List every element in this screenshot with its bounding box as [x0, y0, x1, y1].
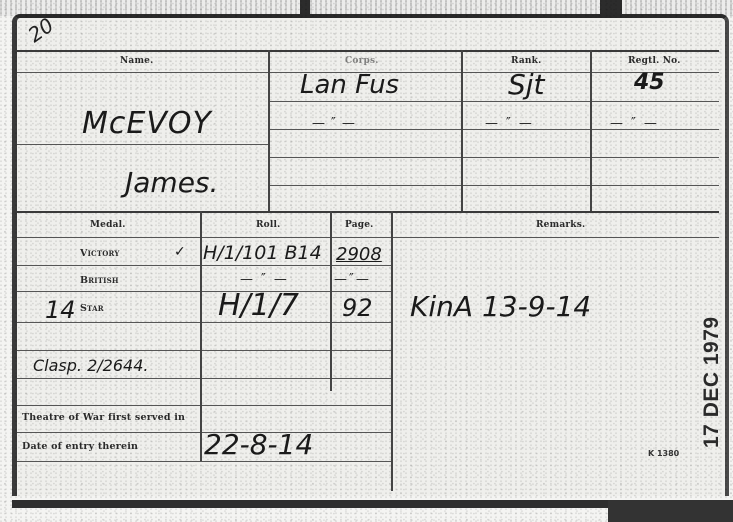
- col-divider: [461, 50, 463, 211]
- roll-british-ditto: —″—: [240, 272, 295, 287]
- corps-label: Corps.: [345, 56, 379, 66]
- regt-ditto: —″—: [610, 116, 665, 131]
- page-label: Page.: [345, 220, 374, 230]
- col-divider: [200, 405, 202, 461]
- row-rule: [17, 461, 392, 462]
- medal-name-victory: Victory: [80, 248, 120, 259]
- row-rule: [17, 350, 392, 351]
- col-divider: [391, 211, 393, 491]
- row-rule: [17, 378, 392, 379]
- row-rule: [17, 405, 392, 406]
- col-divider: [200, 211, 202, 405]
- check-mark-icon: ✓: [174, 244, 186, 260]
- row-rule: [270, 185, 719, 186]
- medal-label: Medal.: [90, 220, 126, 230]
- medal-name-british: British: [80, 275, 119, 286]
- theatre-label: Theatre of War first served in: [22, 412, 185, 423]
- page-star: 92: [342, 294, 373, 322]
- rank-ditto: —″—: [485, 116, 540, 131]
- name-split-rule: [17, 144, 270, 145]
- roll-star: H/1/7: [218, 288, 299, 323]
- regt-no-value: 45: [634, 70, 665, 95]
- card-tab-mark: [600, 0, 622, 14]
- page-victory: 2908: [336, 244, 382, 265]
- date-stamp: 17 DEC 1979: [700, 316, 724, 448]
- row-rule: [17, 265, 392, 266]
- date-of-entry-label: Date of entry therein: [22, 441, 138, 452]
- forename-value: James.: [125, 166, 218, 199]
- row-rule: [270, 101, 719, 102]
- rank-value: Sjt: [508, 68, 545, 101]
- header-bottom-rule: [17, 211, 719, 213]
- star-year-prefix: 14: [45, 296, 76, 324]
- roll-victory: H/1/101 B14: [203, 242, 322, 264]
- corps-value: Lan Fus: [300, 70, 399, 100]
- col-divider: [268, 50, 270, 211]
- row-rule: [270, 157, 719, 158]
- regt-no-label: Regtl. No.: [628, 56, 681, 66]
- name-label: Name.: [120, 56, 153, 66]
- remarks-label: Remarks.: [536, 220, 585, 230]
- scan-dark-corner: [608, 500, 733, 522]
- row-rule: [17, 291, 392, 292]
- medal-name-star: Star: [80, 303, 104, 314]
- col-divider: [590, 50, 592, 211]
- form-number: K 1380: [648, 449, 679, 458]
- header-top-rule: [17, 50, 719, 52]
- surname-value: McEVOY: [82, 106, 212, 141]
- remarks-value: KinA 13-9-14: [410, 290, 591, 323]
- roll-label: Roll.: [256, 220, 280, 230]
- page-british-ditto: —″—: [334, 272, 371, 287]
- date-of-entry-value: 22-8-14: [204, 428, 313, 461]
- corps-ditto: —″—: [312, 116, 361, 131]
- medal-label-rule: [17, 237, 719, 238]
- col-divider: [330, 211, 332, 391]
- clasp-value: Clasp. 2/2644.: [33, 356, 148, 375]
- rank-label: Rank.: [511, 56, 541, 66]
